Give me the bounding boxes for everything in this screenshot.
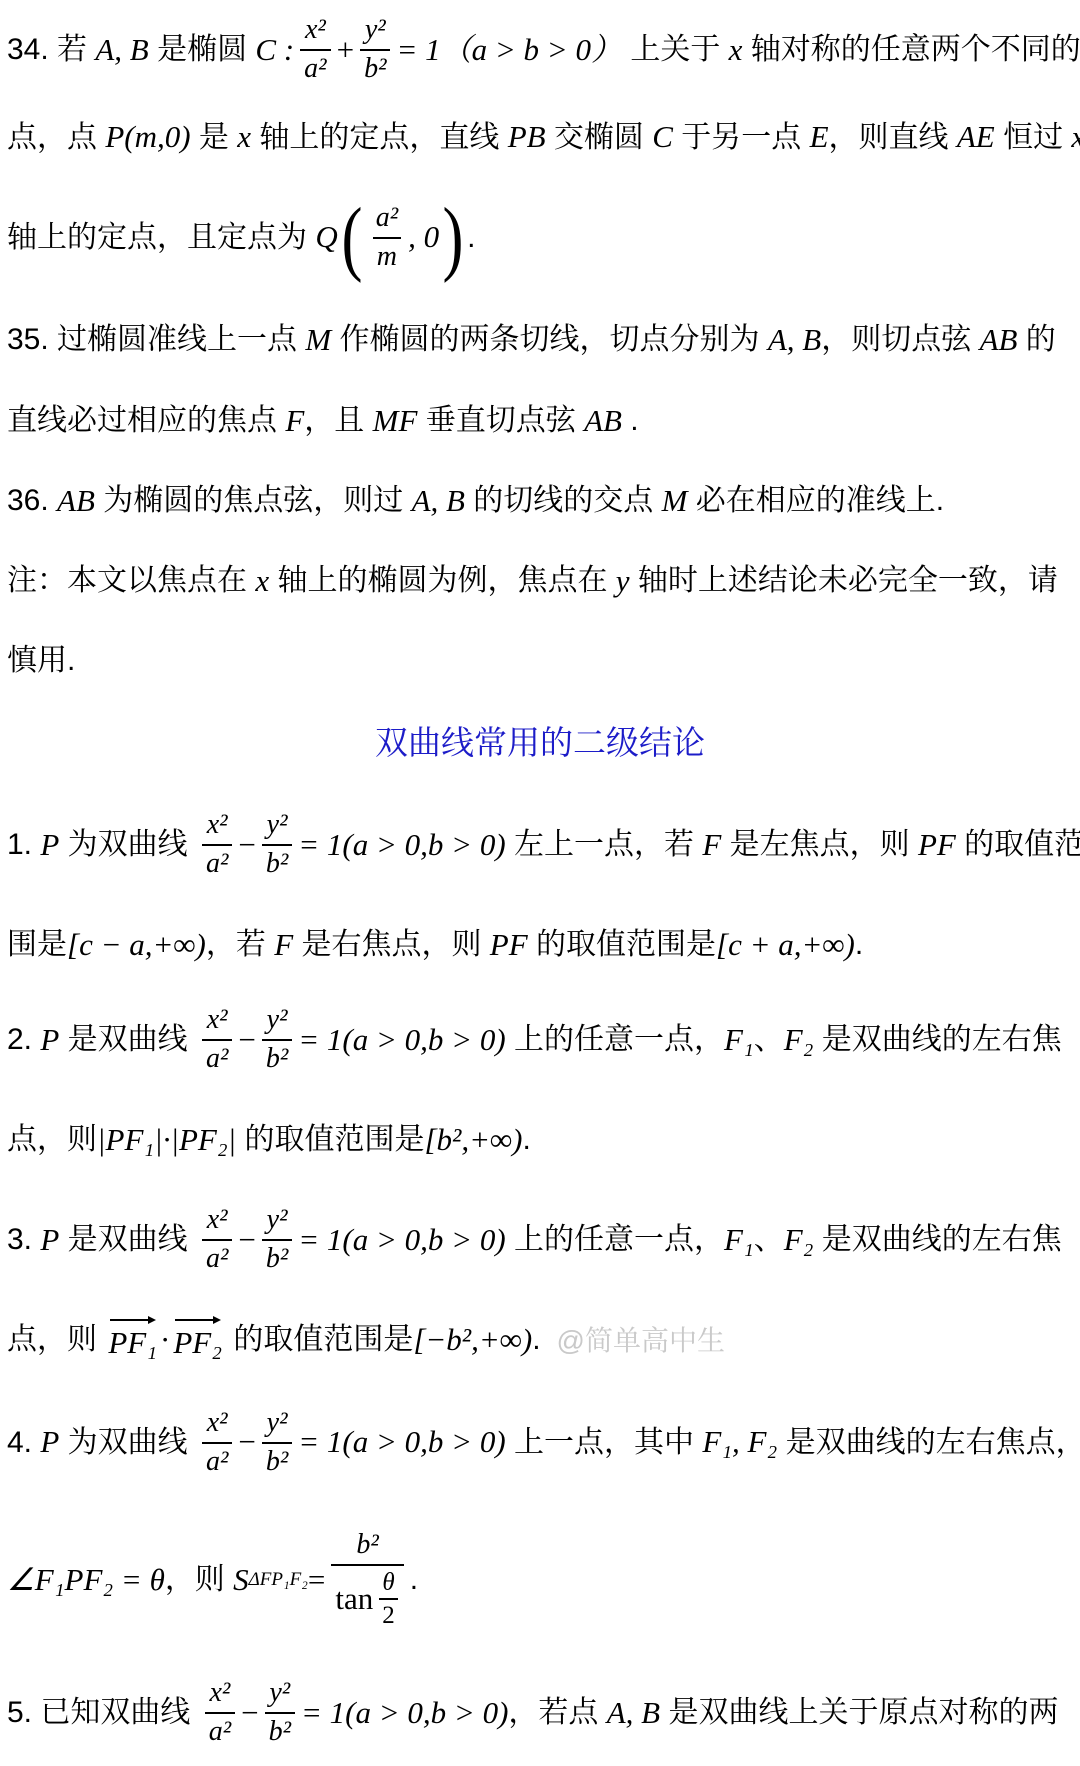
text-run: 是右焦点，则 bbox=[293, 926, 490, 964]
fraction-x2-a2: x²a² bbox=[202, 1205, 232, 1275]
text-run: 必在相应的准线上. bbox=[687, 482, 944, 520]
vector-pf2: PF₂ bbox=[173, 1317, 222, 1363]
math-run: （a > b > 0） bbox=[441, 31, 622, 70]
fraction-numerator: y² bbox=[263, 1205, 292, 1239]
math-run: PB bbox=[508, 118, 546, 157]
math-run: y bbox=[616, 562, 630, 601]
fraction-x2-a2: x²a² bbox=[202, 1408, 232, 1478]
text-run: 轴上的椭圆为例，焦点在 bbox=[269, 562, 616, 600]
hyperbola-4-line-1: 4. P 为双曲线 x²a² − y²b² = 1(a > 0,b > 0) 上… bbox=[0, 1385, 1080, 1500]
fraction-y2-b2: y²b² bbox=[262, 1408, 292, 1478]
fraction-numerator: x² bbox=[301, 15, 330, 49]
fraction-y2-b2: y²b² bbox=[262, 810, 292, 880]
text-run: 是椭圆 bbox=[149, 31, 256, 69]
minus-sign: − bbox=[238, 1021, 255, 1060]
text-run: 围是 bbox=[7, 926, 67, 964]
text-run: ，则切点弦 bbox=[821, 321, 979, 359]
math-run: PF₂ bbox=[173, 1325, 222, 1360]
fraction-denominator: b² bbox=[360, 49, 390, 85]
text-run: 轴时上述结论未必完全一致，请 bbox=[630, 562, 1058, 600]
math-run: F bbox=[285, 402, 304, 441]
vector-pf1: PF₁ bbox=[108, 1317, 157, 1363]
math-run: P(m,0) bbox=[105, 118, 190, 157]
text-run: 是 bbox=[191, 119, 238, 157]
hyperbola-5-line-1: 5. 已知双曲线 x²a² − y²b² = 1(a > 0,b > 0) ，若… bbox=[0, 1660, 1080, 1766]
text-run: 上的任意一点， bbox=[506, 1021, 724, 1059]
fraction-numerator: y² bbox=[263, 1005, 292, 1039]
text-run: 、 bbox=[754, 1021, 784, 1059]
hyperbola-1-line-1: 1. P 为双曲线 x²a² − y²b² = 1(a > 0,b > 0) 左… bbox=[0, 785, 1080, 905]
math-run: P bbox=[40, 826, 59, 865]
math-run: x bbox=[729, 31, 743, 70]
text-run: 轴上的定点，直线 bbox=[251, 119, 508, 157]
text-run: 4. bbox=[7, 1424, 40, 1462]
text-run: ，若点 bbox=[508, 1694, 606, 1732]
math-run: Q bbox=[315, 218, 337, 257]
equals-sign: = bbox=[308, 1561, 325, 1600]
item-34-line-2: 点，点 P(m,0) 是 x 轴上的定点，直线 PB 交椭圆 C 于另一点 E … bbox=[0, 100, 1080, 175]
fraction-numerator: a² bbox=[372, 203, 402, 237]
text-run: 点，则 bbox=[7, 1321, 105, 1359]
hyperbola-3-line-2: 点，则 PF₁ · PF₂ 的取值范围是 [−b²,+∞) . @简单高中生 bbox=[0, 1295, 1080, 1385]
text-run: 的取值范围是 bbox=[225, 1321, 413, 1359]
math-run: x bbox=[255, 562, 269, 601]
text-run: 轴上的定点，且定点为 bbox=[7, 219, 315, 257]
math-run: = 1(a > 0,b > 0) bbox=[298, 826, 505, 865]
note-line-1: 注：本文以焦点在 x 轴上的椭圆为例，焦点在 y 轴时上述结论未必完全一致，请 bbox=[0, 540, 1080, 622]
text-run: 为双曲线 bbox=[59, 1424, 196, 1462]
fraction-denominator: b² bbox=[262, 1239, 292, 1275]
math-run: A, B bbox=[768, 321, 821, 360]
fraction-denominator: a² bbox=[202, 1239, 232, 1275]
fraction-numerator: x² bbox=[203, 1005, 232, 1039]
text-run: 是双曲线上关于原点对称的两 bbox=[660, 1694, 1058, 1732]
minus-sign: − bbox=[238, 1221, 255, 1260]
math-run: [b²,+∞) bbox=[424, 1121, 522, 1160]
text-run: ，则 bbox=[165, 1561, 233, 1599]
text-run: . bbox=[522, 1121, 530, 1159]
document-page: 34. 若 A, B 是椭圆 C : x²a² + y²b² = 1 （a > … bbox=[0, 0, 1080, 1766]
item-34-line-1: 34. 若 A, B 是椭圆 C : x²a² + y²b² = 1 （a > … bbox=[0, 0, 1080, 100]
text-run: . bbox=[467, 219, 475, 257]
math-run: |PF₁|·|PF₂| bbox=[97, 1121, 236, 1160]
fraction-denominator: m bbox=[373, 237, 401, 273]
minus-sign: − bbox=[238, 826, 255, 865]
math-run: = 1(a > 0,b > 0) bbox=[298, 1221, 505, 1260]
math-run: F bbox=[274, 926, 293, 965]
text-run: 为椭圆的焦点弦，则过 bbox=[95, 482, 412, 520]
text-run: 交椭圆 bbox=[546, 119, 653, 157]
fraction-y2-b2: y²b² bbox=[265, 1678, 295, 1748]
math-run: M bbox=[662, 482, 688, 521]
text-run: 是左焦点，则 bbox=[721, 826, 918, 864]
math-run: P bbox=[40, 1021, 59, 1060]
text-run: 的取值范围是 bbox=[528, 926, 716, 964]
section-heading-hyperbola: 双曲线常用的二级结论 bbox=[0, 700, 1080, 785]
text-run: 为双曲线 bbox=[59, 826, 196, 864]
text-run: 34. 若 bbox=[7, 31, 95, 69]
math-run: A, B bbox=[95, 31, 148, 70]
math-run: F₁ bbox=[724, 1221, 754, 1260]
text-run: 的取值范 bbox=[956, 826, 1080, 864]
text-run: . bbox=[622, 402, 639, 440]
fraction-x2-a2: x²a² bbox=[202, 810, 232, 880]
fraction-denominator: 2 bbox=[379, 1598, 398, 1630]
text-run: . bbox=[855, 926, 863, 964]
fraction-denominator: a² bbox=[205, 1712, 235, 1748]
text-run: ，若 bbox=[206, 926, 274, 964]
text-run: . bbox=[410, 1561, 418, 1599]
hyperbola-1-line-2: 围是 [c − a,+∞) ，若 F 是右焦点，则 PF 的取值范围是 [c +… bbox=[0, 905, 1080, 985]
fraction-denominator: a² bbox=[202, 1039, 232, 1075]
math-run: C : bbox=[255, 31, 294, 70]
item-34-line-3: 轴上的定点，且定点为 Q ( a²m , 0 ) . bbox=[0, 175, 1080, 300]
fraction-numerator: x² bbox=[203, 1408, 232, 1442]
text-run: 是双曲线 bbox=[59, 1221, 196, 1259]
hyperbola-2-line-2: 点，则 |PF₁|·|PF₂| 的取值范围是 [b²,+∞) . bbox=[0, 1095, 1080, 1185]
fraction-denominator: a² bbox=[300, 49, 330, 85]
text-run: ，且 bbox=[304, 402, 372, 440]
text-run: 的取值范围是 bbox=[236, 1121, 424, 1159]
text-run: ，则直线 bbox=[829, 119, 957, 157]
text-run: 慎用. bbox=[7, 642, 75, 680]
text-run: 是双曲线的左右焦 bbox=[813, 1021, 1061, 1059]
text-run: 2. bbox=[7, 1021, 40, 1059]
math-run: AB bbox=[980, 321, 1018, 360]
area-subscript: ΔFP₁F₂ bbox=[249, 1568, 308, 1592]
text-run: 上关于 bbox=[622, 31, 729, 69]
page-title: 双曲线常用的二级结论 bbox=[375, 722, 705, 763]
math-run: = 1(a > 0,b > 0) bbox=[301, 1694, 508, 1733]
fraction-denominator: b² bbox=[262, 1442, 292, 1478]
fraction-numerator: x² bbox=[203, 810, 232, 844]
math-run: x bbox=[1071, 118, 1080, 157]
fraction-x2-a2: x²a² bbox=[300, 15, 330, 85]
math-run: ∠F₁PF₂ = θ bbox=[7, 1561, 165, 1600]
fraction-x2-a2: x²a² bbox=[205, 1678, 235, 1748]
fraction-numerator: x² bbox=[203, 1205, 232, 1239]
fraction-numerator: y² bbox=[361, 15, 390, 49]
text-run: 5. 已知双曲线 bbox=[7, 1694, 199, 1732]
text-run: 36. bbox=[7, 482, 57, 520]
hyperbola-4-line-2: ∠F₁PF₂ = θ ，则 SΔFP₁F₂ = b² tan θ2 . bbox=[0, 1500, 1080, 1660]
fraction-numerator: b² bbox=[352, 1530, 382, 1564]
fraction-denominator: a² bbox=[202, 844, 232, 880]
math-run: C bbox=[652, 118, 673, 157]
text-run: 1. bbox=[7, 826, 40, 864]
minus-sign: − bbox=[238, 1423, 255, 1462]
text-run: 点，点 bbox=[7, 119, 105, 157]
math-run: [c + a,+∞) bbox=[716, 926, 855, 965]
fraction-x2-a2: x²a² bbox=[202, 1005, 232, 1075]
math-run: E bbox=[810, 118, 829, 157]
text-run: . bbox=[532, 1321, 540, 1359]
text-run: 点，则 bbox=[7, 1121, 97, 1159]
text-run: 、 bbox=[754, 1221, 784, 1259]
math-run: P bbox=[40, 1423, 59, 1462]
item-35-line-1: 35. 过椭圆准线上一点 M 作椭圆的两条切线，切点分别为 A, B ，则切点弦… bbox=[0, 300, 1080, 380]
text-run: 注：本文以焦点在 bbox=[7, 562, 255, 600]
text-run: 上的任意一点， bbox=[506, 1221, 724, 1259]
hyperbola-2-line-1: 2. P 是双曲线 x²a² − y²b² = 1(a > 0,b > 0) 上… bbox=[0, 985, 1080, 1095]
fraction-denominator: b² bbox=[265, 1712, 295, 1748]
math-run: AB bbox=[584, 402, 622, 441]
minus-sign: − bbox=[241, 1694, 258, 1733]
math-run: F₁, F₂ bbox=[702, 1423, 777, 1462]
math-run: x bbox=[237, 118, 251, 157]
text-run: 于另一点 bbox=[673, 119, 810, 157]
text-run: 是双曲线的左右焦点， bbox=[777, 1424, 1080, 1462]
math-run: P bbox=[40, 1221, 59, 1260]
fraction-y2-b2: y²b² bbox=[360, 15, 390, 85]
fraction-a2-m: a²m bbox=[372, 203, 402, 273]
math-run: F₁ bbox=[724, 1021, 754, 1060]
text-run: 左上一点，若 bbox=[506, 826, 703, 864]
note-line-2: 慎用. bbox=[0, 622, 1080, 700]
item-35-line-2: 直线必过相应的焦点 F ，且 MF 垂直切点弦 AB . bbox=[0, 380, 1080, 462]
fraction-numerator: y² bbox=[263, 1408, 292, 1442]
dot-operator: · bbox=[160, 1321, 170, 1360]
watermark-text: @简单高中生 bbox=[557, 1323, 725, 1358]
math-run: MF bbox=[373, 402, 418, 441]
text-run: 上一点，其中 bbox=[506, 1424, 703, 1462]
item-36-line-1: 36. AB 为椭圆的焦点弦，则过 A, B 的切线的交点 M 必在相应的准线上… bbox=[0, 462, 1080, 540]
text-run: 作椭圆的两条切线，切点分别为 bbox=[331, 321, 768, 359]
fraction-denominator: b² bbox=[262, 844, 292, 880]
math-run: M bbox=[305, 321, 331, 360]
fraction-y2-b2: y²b² bbox=[262, 1205, 292, 1275]
text-run: 35. 过椭圆准线上一点 bbox=[7, 321, 305, 359]
math-run: F₂ bbox=[784, 1021, 814, 1060]
math-run: , 0 bbox=[408, 218, 439, 257]
math-run: F₂ bbox=[784, 1221, 814, 1260]
text-run: 的 bbox=[1017, 321, 1055, 359]
fraction-y2-b2: y²b² bbox=[262, 1005, 292, 1075]
fraction-numerator: y² bbox=[263, 810, 292, 844]
text-run: 是双曲线的左右焦 bbox=[813, 1221, 1061, 1259]
math-run: PF bbox=[490, 926, 528, 965]
math-run: [−b²,+∞) bbox=[413, 1321, 532, 1360]
math-run: = 1(a > 0,b > 0) bbox=[298, 1021, 505, 1060]
right-parenthesis: ) bbox=[443, 202, 464, 273]
math-run: = 1 bbox=[396, 31, 440, 70]
math-run: PF₁ bbox=[108, 1325, 157, 1360]
fraction-denominator: b² bbox=[262, 1039, 292, 1075]
fraction-numerator: θ bbox=[379, 1569, 397, 1599]
text-run: 直线必过相应的焦点 bbox=[7, 402, 285, 440]
math-run: A, B bbox=[412, 482, 465, 521]
text-run: 3. bbox=[7, 1221, 40, 1259]
math-run: A, B bbox=[607, 1694, 660, 1733]
text-run: 垂直切点弦 bbox=[417, 402, 584, 440]
math-run: PF bbox=[918, 826, 956, 865]
math-run: AE bbox=[957, 118, 995, 157]
text-run: 的切线的交点 bbox=[465, 482, 662, 520]
tan-function: tan bbox=[335, 1582, 373, 1616]
math-run: AB bbox=[57, 482, 95, 521]
fraction-b2-tan: b² tan θ2 bbox=[331, 1530, 403, 1630]
fraction-denominator: tan θ2 bbox=[331, 1564, 403, 1630]
fraction-numerator: y² bbox=[265, 1678, 294, 1712]
fraction-theta-2: θ2 bbox=[379, 1569, 398, 1630]
hyperbola-3-line-1: 3. P 是双曲线 x²a² − y²b² = 1(a > 0,b > 0) 上… bbox=[0, 1185, 1080, 1295]
text-run: 恒过 bbox=[995, 119, 1072, 157]
math-run: S bbox=[233, 1561, 249, 1600]
math-run: = 1(a > 0,b > 0) bbox=[298, 1423, 505, 1462]
fraction-denominator: a² bbox=[202, 1442, 232, 1478]
math-run: [c − a,+∞) bbox=[67, 926, 206, 965]
left-parenthesis: ( bbox=[341, 202, 362, 273]
text-run: 是双曲线 bbox=[59, 1021, 196, 1059]
plus-sign: + bbox=[337, 31, 354, 70]
text-run: 轴对称的任意两个不同的 bbox=[742, 31, 1080, 69]
math-run: F bbox=[702, 826, 721, 865]
fraction-numerator: x² bbox=[205, 1678, 234, 1712]
